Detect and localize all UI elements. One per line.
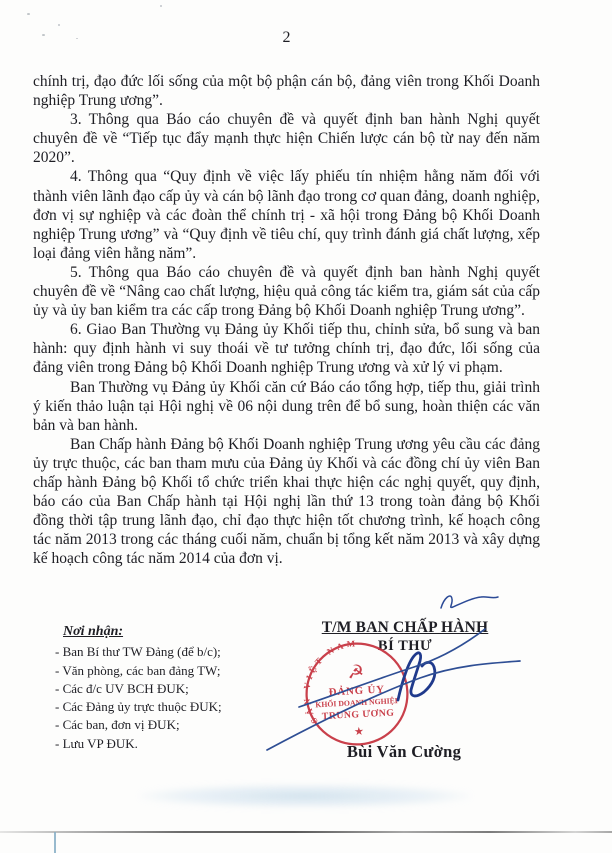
document-body: chính trị, đạo đức lối sống của một bộ p… — [33, 72, 540, 568]
scanned-document-page: 2 chính trị, đạo đức lối sống của một bộ… — [0, 0, 612, 853]
paragraph-item-5: 5. Thông qua Báo cáo chuyên đề và quyết … — [33, 263, 540, 320]
scan-artifact-vertical-line — [54, 832, 56, 853]
paragraph-item-3: 3. Thông qua Báo cáo chuyên đề và quyết … — [33, 110, 540, 167]
scan-speck — [58, 24, 60, 26]
handwritten-signature — [240, 585, 540, 765]
paragraph-item-4: 4. Thông qua “Quy định về việc lấy phiếu… — [33, 167, 540, 262]
scan-smudge — [140, 784, 470, 808]
paragraph-closing: Ban Chấp hành Đảng bộ Khối Doanh nghiệp … — [33, 435, 540, 569]
scan-speck — [27, 13, 30, 15]
scan-artifact-line — [0, 831, 612, 833]
paragraph-continuation: chính trị, đạo đức lối sống của một bộ p… — [33, 72, 540, 110]
signature-initial-squiggle — [441, 596, 498, 608]
scan-speck — [160, 5, 162, 7]
scan-speck — [42, 34, 45, 36]
scan-speck — [76, 38, 78, 39]
paragraph-summary: Ban Thường vụ Đảng ủy Khối căn cứ Báo cá… — [33, 378, 540, 435]
paragraph-item-6: 6. Giao Ban Thường vụ Đảng ủy Khối tiếp … — [33, 320, 540, 377]
signature-loop-stroke — [398, 653, 435, 700]
page-number: 2 — [33, 29, 540, 47]
